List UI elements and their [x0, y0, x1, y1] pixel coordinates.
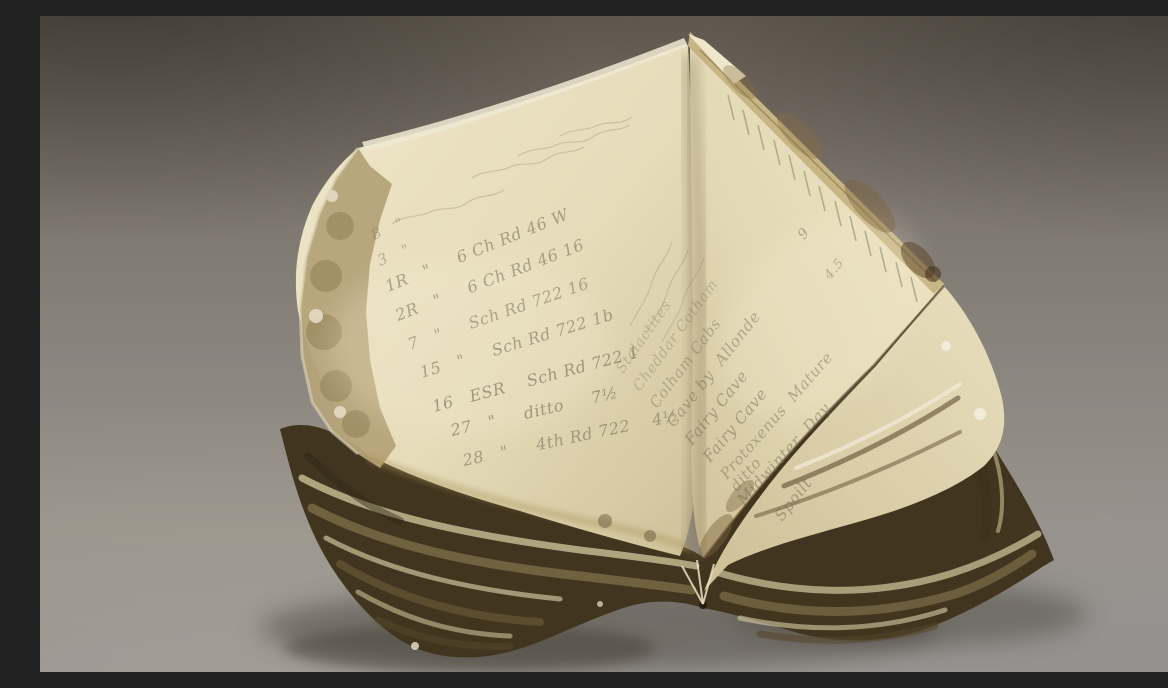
- paper-chip: [411, 642, 419, 650]
- paper-chip: [941, 341, 951, 351]
- edge-blotch: [310, 260, 342, 292]
- edge-blotch: [342, 410, 370, 438]
- edge-chip: [334, 406, 346, 418]
- photo-old-notebook: 8 " 3 " 1R " 6 Ch Rd 46 W 2R " 6 Ch Rd 4…: [40, 16, 1168, 672]
- edge-chip: [309, 309, 323, 323]
- stain: [925, 266, 941, 282]
- photo-scene: 8 " 3 " 1R " 6 Ch Rd 46 W 2R " 6 Ch Rd 4…: [40, 16, 1168, 672]
- edge-blotch: [326, 212, 354, 240]
- paper-chip: [974, 408, 986, 420]
- floor-scratch: [1098, 514, 1168, 572]
- stain: [644, 530, 656, 542]
- paper-chip: [597, 601, 603, 607]
- stain: [598, 514, 612, 528]
